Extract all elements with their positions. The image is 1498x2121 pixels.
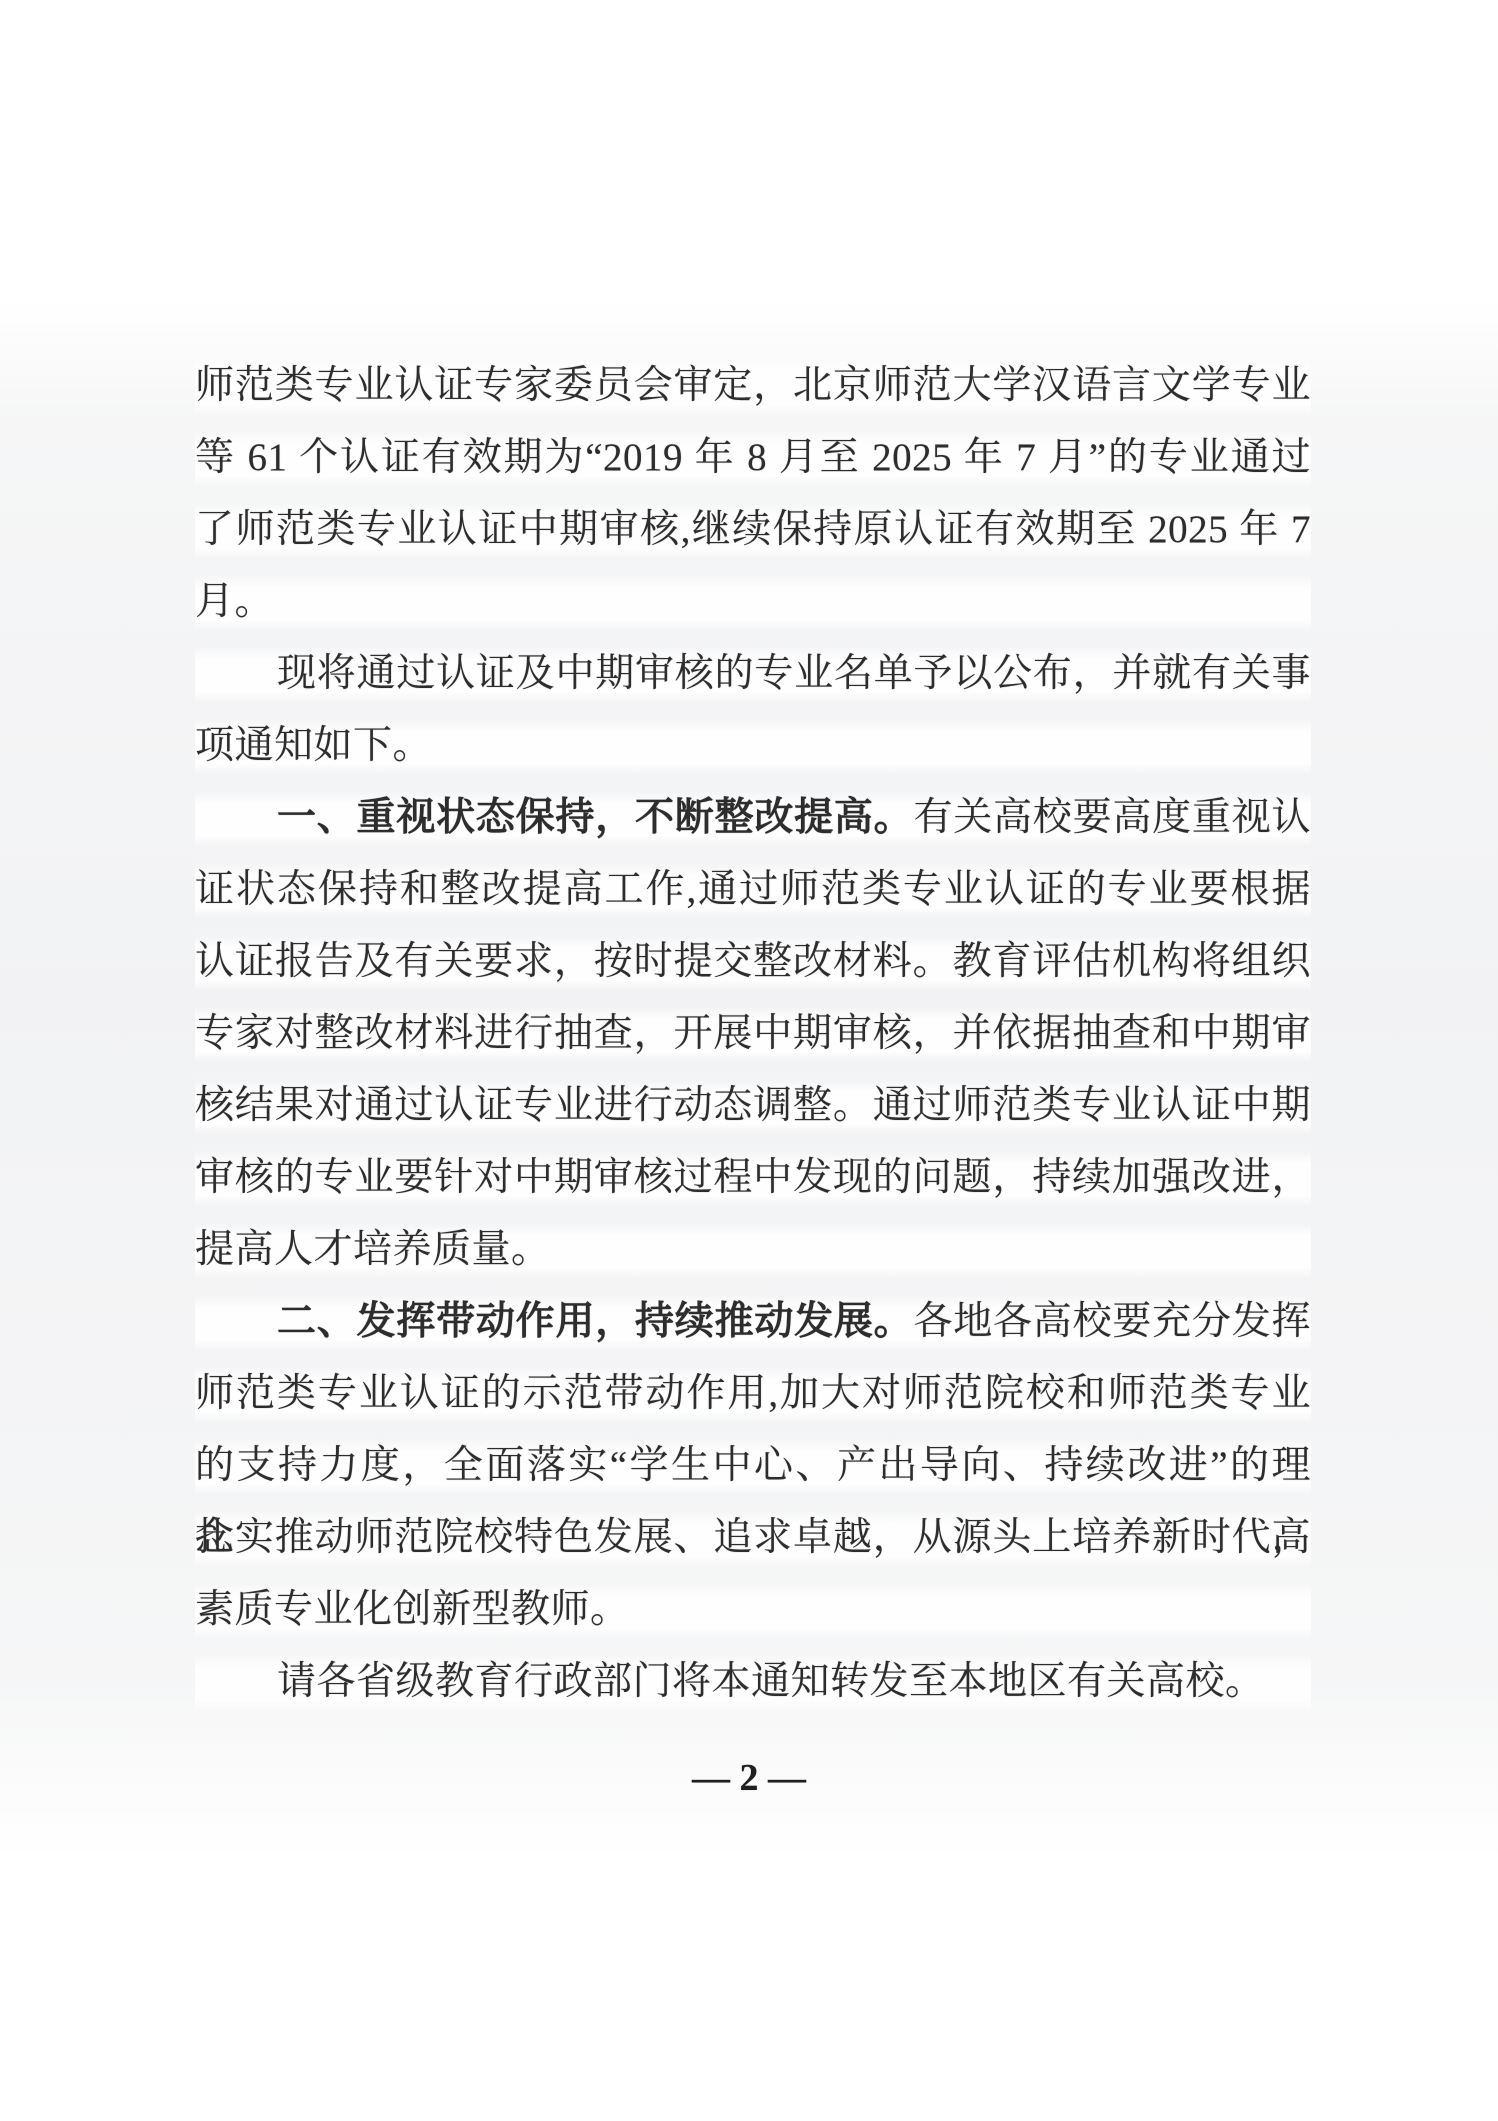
line-text: 等 61 个认证有效期为“2019 年 8 月至 2025 年 7 月”的专业通… [195,436,1311,479]
line-text: 认证报告及有关要求，按时提交整改材料。教育评估机构将组织 [195,940,1311,983]
text-line: 月。 [195,566,1311,638]
section-heading-1: 一、重视状态保持，不断整改提高。 [277,796,913,839]
line-text: 现将通过认证及中期审核的专业名单予以公布，并就有关事 [277,652,1311,695]
section-heading-2: 二、发挥带动作用，持续推动发展。 [277,1300,913,1343]
text-line: 提高人才培养质量。 [195,1214,1311,1286]
document-text-block: 师范类专业认证专家委员会审定，北京师范大学汉语言文学专业 等 61 个认证有效期… [195,350,1311,1718]
line-text: 有关高校要高度重视认 [913,796,1311,839]
line-text: 师范类专业认证的示范带动作用,加大对师范院校和师范类专业 [195,1372,1311,1415]
text-line: 项通知如下。 [195,710,1311,782]
line-text: 核结果对通过认证专业进行动态调整。通过师范类专业认证中期 [195,1084,1311,1127]
text-line: 素质专业化创新型教师。 [195,1574,1311,1646]
line-text: 证状态保持和整改提高工作,通过师范类专业认证的专业要根据 [195,868,1311,911]
text-line: 专家对整改材料进行抽查，开展中期审核，并依据抽查和中期审 [195,998,1311,1070]
text-line: 等 61 个认证有效期为“2019 年 8 月至 2025 年 7 月”的专业通… [195,422,1311,494]
line-text: 项通知如下。 [195,724,432,767]
text-line: 证状态保持和整改提高工作,通过师范类专业认证的专业要根据 [195,854,1311,926]
text-line: 请各省级教育行政部门将本通知转发至本地区有关高校。 [195,1646,1311,1718]
text-line: 认证报告及有关要求，按时提交整改材料。教育评估机构将组织 [195,926,1311,998]
line-text: 师范类专业认证专家委员会审定，北京师范大学汉语言文学专业 [195,364,1311,407]
line-text: 专家对整改材料进行抽查，开展中期审核，并依据抽查和中期审 [195,1012,1311,1055]
line-text: 审核的专业要针对中期审核过程中发现的问题，持续加强改进， [195,1156,1311,1199]
text-line: 的支持力度，全面落实“学生中心、产出导向、持续改进”的理念， [195,1430,1311,1502]
line-text: 月。 [195,580,274,623]
line-text: 提高人才培养质量。 [195,1228,551,1271]
line-text: 请各省级教育行政部门将本通知转发至本地区有关高校。 [277,1660,1265,1703]
text-line: 现将通过认证及中期审核的专业名单予以公布，并就有关事 [195,638,1311,710]
line-text: 扎实推动师范院校特色发展、追求卓越，从源头上培养新时代高 [195,1516,1311,1559]
text-line: 二、发挥带动作用，持续推动发展。各地各高校要充分发挥 [195,1286,1311,1358]
text-line: 审核的专业要针对中期审核过程中发现的问题，持续加强改进， [195,1142,1311,1214]
text-line: 扎实推动师范院校特色发展、追求卓越，从源头上培养新时代高 [195,1502,1311,1574]
page-number: — 2 — [0,1742,1498,1814]
document-page: 师范类专业认证专家委员会审定，北京师范大学汉语言文学专业 等 61 个认证有效期… [0,0,1498,2121]
line-text: 各地各高校要充分发挥 [913,1300,1311,1343]
line-text: 了师范类专业认证中期审核,继续保持原认证有效期至 2025 年 7 [195,508,1311,551]
text-line: 师范类专业认证专家委员会审定，北京师范大学汉语言文学专业 [195,350,1311,422]
text-line: 师范类专业认证的示范带动作用,加大对师范院校和师范类专业 [195,1358,1311,1430]
text-line: 核结果对通过认证专业进行动态调整。通过师范类专业认证中期 [195,1070,1311,1142]
text-line: 一、重视状态保持，不断整改提高。有关高校要高度重视认 [195,782,1311,854]
line-text: 素质专业化创新型教师。 [195,1588,630,1631]
text-line: 了师范类专业认证中期审核,继续保持原认证有效期至 2025 年 7 [195,494,1311,566]
